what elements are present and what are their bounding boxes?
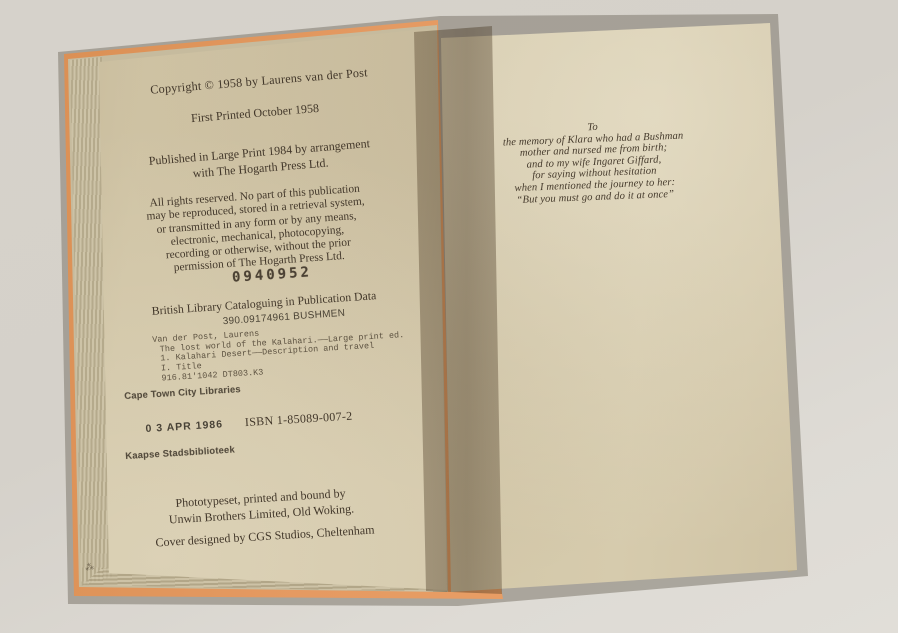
photograph-open-book: Copyright © 1958 by Laurens van der Post… [0,0,898,633]
date-received-stamp: 0 3 APR 1986 [145,418,223,435]
dedication-block: To the memory of Klara who had a Bushman… [423,116,766,210]
